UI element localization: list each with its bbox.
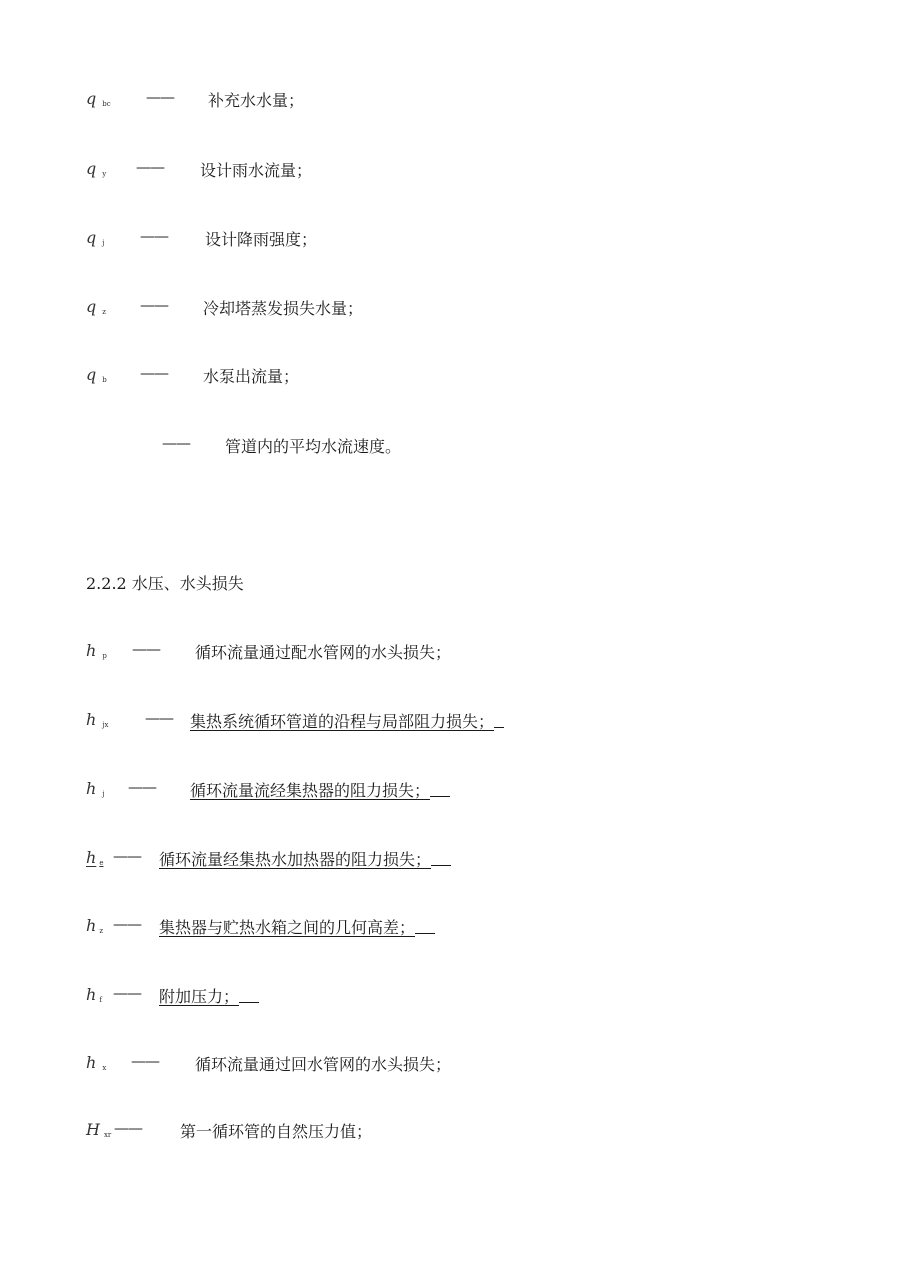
- definition-text: 第一循环管的自然压力值；: [180, 1119, 372, 1142]
- dash: ——: [131, 1052, 159, 1070]
- dash: ——: [162, 434, 190, 452]
- dash: ——: [146, 88, 174, 106]
- dash: ——: [128, 778, 156, 796]
- symbol: qy: [86, 159, 106, 178]
- dash: ——: [113, 847, 141, 865]
- symbol: qb: [86, 365, 107, 384]
- dash: ——: [140, 296, 168, 314]
- definition-text: 设计雨水流量；: [200, 158, 312, 181]
- symbol: hp: [86, 641, 107, 660]
- symbol: qj: [86, 228, 104, 247]
- dash: ——: [145, 709, 173, 727]
- definition-text: 循环流量通过回水管网的水头损失；: [195, 1052, 451, 1075]
- symbol: hjx: [86, 710, 108, 729]
- definition-text: 集热器与贮热水箱之间的几何高差；: [159, 915, 435, 938]
- dash: ——: [113, 984, 141, 1002]
- definition-text: 管道内的平均水流速度。: [225, 434, 401, 457]
- symbol: Hxr: [86, 1120, 111, 1139]
- definition-text: 水泵出流量；: [203, 364, 299, 387]
- dash: ——: [140, 227, 168, 245]
- definition-text: 冷却塔蒸发损失水量；: [203, 296, 363, 319]
- dash: ——: [132, 640, 160, 658]
- definition-text: 循环流量流经集热器的阻力损失；: [190, 778, 450, 801]
- definition-text: 循环流量经集热水加热器的阻力损失；: [159, 847, 451, 870]
- definition-text: 补充水水量；: [208, 88, 304, 111]
- definition-text: 设计降雨强度；: [205, 227, 317, 250]
- dash: ——: [136, 158, 164, 176]
- symbol: qbc: [86, 89, 111, 108]
- definition-text: 附加压力；: [159, 984, 259, 1007]
- symbol: he: [86, 848, 103, 867]
- dash: ——: [113, 915, 141, 933]
- definition-text: 循环流量通过配水管网的水头损失；: [195, 640, 451, 663]
- symbol: hf: [86, 985, 102, 1004]
- dash: ——: [140, 364, 168, 382]
- symbol: hx: [86, 1053, 106, 1072]
- symbol: hz: [86, 916, 103, 935]
- definition-text: 集热系统循环管道的沿程与局部阻力损失；: [190, 709, 504, 732]
- dash: ——: [114, 1119, 142, 1137]
- symbol: hj: [86, 779, 104, 798]
- symbol: qz: [86, 297, 106, 316]
- section-heading: 2.2.2 水压、水头损失: [86, 571, 244, 594]
